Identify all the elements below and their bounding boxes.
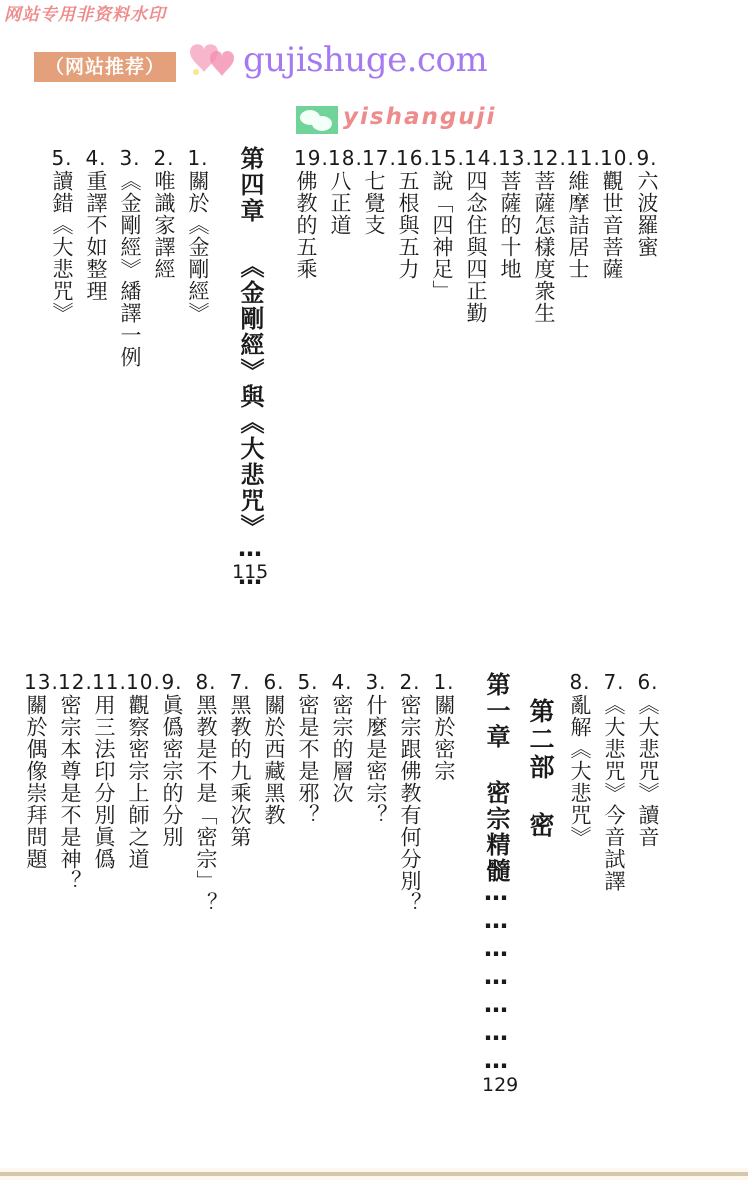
item-number: 15. [430,148,454,168]
toc-item: 19.佛教的五乘 [294,148,318,280]
item-title: 《大悲咒》今音試譯 [602,694,626,892]
toc-item: 10.觀察密宗上師之道 [126,672,150,870]
item-title: 讀錯《大悲咒》 [50,170,74,324]
item-number: 10. [126,672,150,692]
item-number: 6. [262,672,286,692]
item-title: 說「四神足」 [430,170,454,302]
item-number: 12. [532,148,556,168]
item-number: 13. [498,148,522,168]
item-title: 維摩詰居士 [566,170,590,280]
item-number: 8. [194,672,218,692]
item-number: 18. [328,148,352,168]
item-number: 13. [24,672,48,692]
item-title: 密宗本尊是不是神？ [58,694,82,892]
item-number: 7. [602,672,626,692]
toc-item: 6.關於西藏黑教 [262,672,286,826]
chapter-label: 第四章 [236,146,264,224]
item-title: 觀世音菩薩 [600,170,624,280]
page-edge-rule [0,1172,748,1176]
toc-item: 3.什麼是密宗？ [364,672,388,826]
toc-item: 2.密宗跟佛教有何分別？ [398,672,422,914]
part-title: 密 [526,812,555,840]
item-title: 六波羅蜜 [635,170,659,258]
toc-item: 7.《大悲咒》今音試譯 [602,672,626,892]
toc-item: 11.維摩詰居士 [566,148,590,280]
chapter-heading[interactable]: 第四章《金剛經》與《大悲咒》⋯⋯ [236,146,264,596]
toc-item: 8.亂解《大悲咒》 [568,672,592,848]
item-number: 2. [398,672,422,692]
toc-item: 14.四念住與四正勤 [464,148,488,324]
toc-item: 8.黑教是不是「密宗」？ [194,672,218,914]
item-title: 密是不是邪？ [296,694,320,826]
item-number: 19. [294,148,318,168]
item-title: 菩薩的十地 [498,170,522,280]
toc-item: 17.七覺支 [362,148,386,236]
part-heading[interactable]: 第二部密 [526,698,554,840]
toc-item: 1.關於《金剛經》 [186,148,210,324]
toc-item: 13.關於偶像崇拜問題 [24,672,48,870]
item-number: 10. [600,148,624,168]
wechat-icon [296,106,338,134]
item-title: 《大悲咒》讀音 [636,694,660,848]
toc-item: 6.《大悲咒》讀音 [636,672,660,848]
chapter-title: 《金剛經》與《大悲咒》 [236,254,264,540]
item-title: 《金剛經》繙譯一例 [118,170,142,368]
chapter-heading[interactable]: 第一章密宗精髓⋯⋯⋯⋯⋯⋯⋯ [482,672,510,1080]
item-title: 八正道 [328,170,352,236]
item-title: 亂解《大悲咒》 [568,694,592,848]
item-title: 菩薩怎樣度衆生 [532,170,556,324]
toc-item: 13.菩薩的十地 [498,148,522,280]
item-number: 14. [464,148,488,168]
item-number: 3. [364,672,388,692]
toc-item: 2.唯識家譯經 [152,148,176,280]
toc-item: 4.重譯不如整理 [84,148,108,302]
item-title: 什麼是密宗？ [364,694,388,826]
item-title: 黑教是不是「密宗」？ [194,694,218,914]
toc-item: 16.五根與五力 [396,148,420,280]
item-number: 17. [362,148,386,168]
toc-item: 9.六波羅蜜 [635,148,659,258]
item-number: 11. [92,672,116,692]
item-title: 用三法印分別眞僞 [92,694,116,870]
item-number: 7. [228,672,252,692]
item-title: 重譯不如整理 [84,170,108,302]
item-title: 關於密宗 [432,694,456,782]
page-number: 129 [482,1074,518,1096]
item-title: 密宗的層次 [330,694,354,804]
watermark-text: 网站专用非资料水印 [4,0,166,25]
toc-item: 3.《金剛經》繙譯一例 [118,148,142,368]
toc-item: 11.用三法印分別眞僞 [92,672,116,870]
item-number: 11. [566,148,590,168]
wechat-id: yishanguji [343,104,496,130]
page-number: 115 [232,561,268,583]
item-title: 四念住與四正勤 [464,170,488,324]
item-number: 3. [118,148,142,168]
toc-item: 15.說「四神足」 [430,148,454,302]
item-number: 16. [396,148,420,168]
item-title: 眞僞密宗的分別 [160,694,184,848]
item-number: 4. [84,148,108,168]
item-number: 2. [152,148,176,168]
toc-item: 12.密宗本尊是不是神？ [58,672,82,892]
toc-item: 5.讀錯《大悲咒》 [50,148,74,324]
item-title: 黑教的九乘次第 [228,694,252,848]
toc-item: 4.密宗的層次 [330,672,354,804]
item-number: 6. [636,672,660,692]
toc-item: 1.關於密宗 [432,672,456,782]
toc-item: 12.菩薩怎樣度衆生 [532,148,556,324]
dot-leader: ⋯⋯⋯⋯⋯⋯⋯ [482,884,510,1080]
recommend-badge: （网站推荐） [34,52,176,82]
item-number: 5. [296,672,320,692]
item-number: 4. [330,672,354,692]
item-number: 9. [160,672,184,692]
item-title: 觀察密宗上師之道 [126,694,150,870]
item-number: 1. [186,148,210,168]
toc-item: 5.密是不是邪？ [296,672,320,826]
toc-item: 18.八正道 [328,148,352,236]
item-number: 8. [568,672,592,692]
site-url: gujishuge.com [243,40,487,80]
item-title: 關於偶像崇拜問題 [24,694,48,870]
item-number: 12. [58,672,82,692]
hearts-icon [190,40,240,80]
item-title: 唯識家譯經 [152,170,176,280]
chapter-title: 密宗精髓 [482,780,510,884]
part-label: 第二部 [526,698,555,782]
item-title: 五根與五力 [396,170,420,280]
item-number: 9. [635,148,659,168]
item-title: 七覺支 [362,170,386,236]
item-number: 5. [50,148,74,168]
item-number: 1. [432,672,456,692]
item-title: 密宗跟佛教有何分別？ [398,694,422,914]
item-title: 佛教的五乘 [294,170,318,280]
toc-item: 9.眞僞密宗的分別 [160,672,184,848]
chapter-label: 第一章 [482,672,510,750]
item-title: 關於西藏黑教 [262,694,286,826]
toc-item: 7.黑教的九乘次第 [228,672,252,848]
toc-item: 10.觀世音菩薩 [600,148,624,280]
item-title: 關於《金剛經》 [186,170,210,324]
